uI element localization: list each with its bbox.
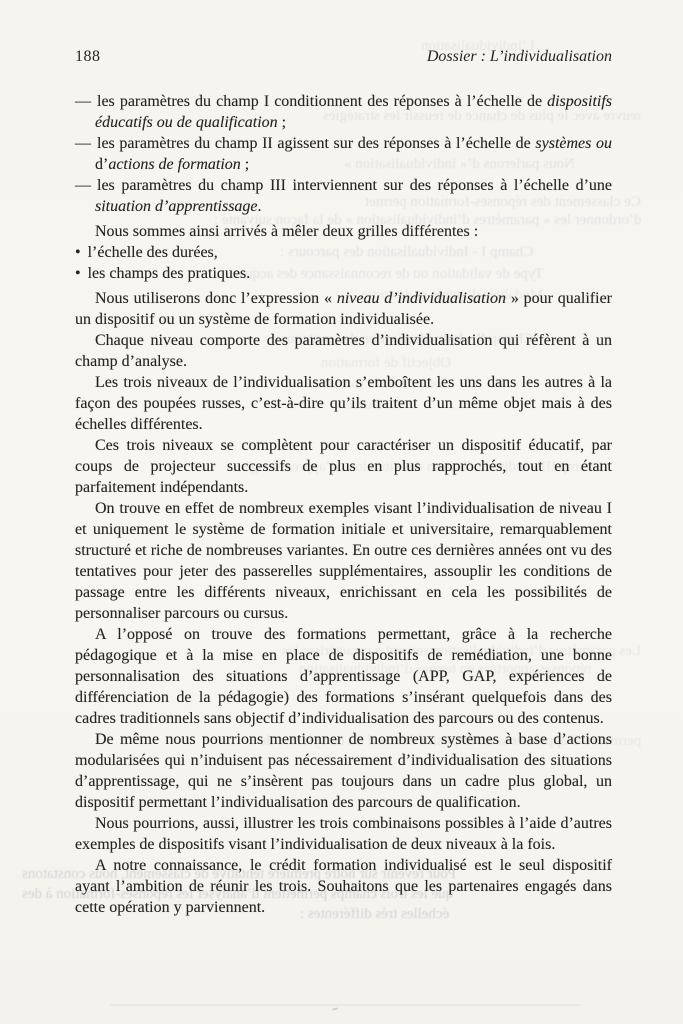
text-segment: les paramètres du champ I conditionnent … [97,93,547,110]
paragraph-trois-niveaux: Les trois niveaux de l’individualisation… [75,372,612,435]
paragraph-niveau-1-exemples: On trouve en effet de nombreux exemples … [75,498,612,624]
text-segment: l’échelle des durées, [88,244,218,261]
dash-marker: — [75,93,97,110]
text-segment: Nous utiliserons donc l’expression « [95,290,337,307]
text-segment: d’ [95,156,108,173]
book-page: L’individualisation œuvre avec le plus d… [0,0,683,1024]
dash-list-item: —les paramètres du champ III intervienne… [75,175,612,217]
dash-list: —les paramètres du champ I conditionnent… [75,91,612,217]
text-segment: . [258,198,262,215]
dash-list-item: —les paramètres du champ II agissent sur… [75,133,612,175]
text-segment: les paramètres du champ II agissent sur … [97,135,535,152]
bullet-list: •l’échelle des durées, •les champs des p… [75,242,612,284]
dash-marker: — [75,177,97,194]
italic-term: niveau d’individualisation [337,290,506,307]
italic-term: systèmes ou [535,135,612,152]
bullet-list-item: •les champs des pratiques. [75,263,612,284]
italic-term: actions de formation [108,156,240,173]
running-head: Dossier : L’individualisation [427,48,612,66]
paragraph-a-l-oppose: A l’opposé on trouve des formations perm… [75,624,612,729]
bullet-marker: • [75,265,88,282]
paragraph-combinaisons: Nous pourrions, aussi, illustrer les tro… [75,813,612,855]
text-segment: ; [278,114,286,131]
paragraph-chaque-niveau: Chaque niveau comporte des paramètres d’… [75,330,612,372]
scan-speck [332,1007,338,1010]
bullet-list-item: •l’échelle des durées, [75,242,612,263]
page-content: 188 Dossier : L’individualisation —les p… [75,48,612,918]
bullet-marker: • [75,244,88,261]
text-segment: les champs des pratiques. [88,265,251,282]
paragraph-expression: Nous utiliserons donc l’expression « niv… [75,288,612,330]
page-header: 188 Dossier : L’individualisation [75,48,612,66]
italic-term: situation d’apprentissage [95,198,258,215]
paragraph-intro-grilles: Nous sommes ainsi arrivés à mêler deux g… [75,221,612,242]
page-number: 188 [75,48,101,66]
dash-list-item: —les paramètres du champ I conditionnent… [75,91,612,133]
scan-smudge [110,1004,580,1006]
paragraph-ces-trois-niveaux: Ces trois niveaux se complètent pour car… [75,435,612,498]
paragraph-de-meme: De même nous pourrions mentionner de nom… [75,729,612,813]
text-segment: les paramètres du champ III interviennen… [97,177,612,194]
dash-marker: — [75,135,97,152]
paragraph-credit-formation: A notre connaissance, le crédit formatio… [75,855,612,918]
body-text: —les paramètres du champ I conditionnent… [75,91,612,918]
text-segment: ; [241,156,249,173]
